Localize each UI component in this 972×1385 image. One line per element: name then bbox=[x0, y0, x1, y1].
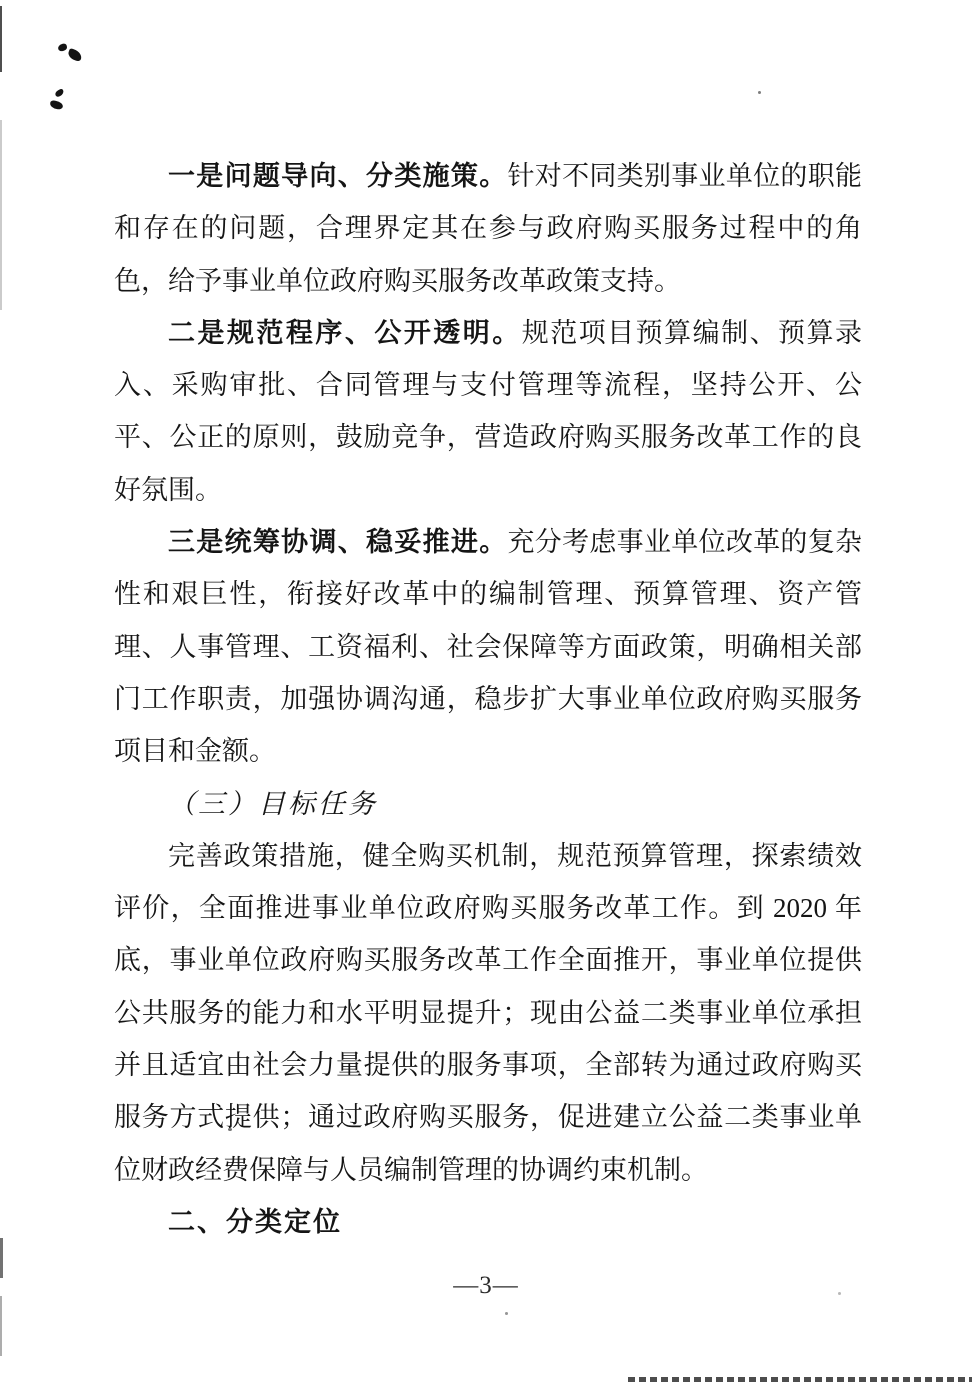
scanned-document-page: 一是问题导向、分类施策。针对不同类别事业单位的职能和存在的问题，合理界定其在参与… bbox=[0, 0, 972, 1385]
bold-lead-text: 一是问题导向、分类施策。 bbox=[168, 161, 508, 191]
paragraph-text: 完善政策措施，健全购买机制，规范预算管理，探索绩效评价，全面推进事业单位政府购买… bbox=[114, 841, 862, 1185]
paragraph: 一是问题导向、分类施策。针对不同类别事业单位的职能和存在的问题，合理界定其在参与… bbox=[114, 150, 862, 307]
section-heading: 二、分类定位 bbox=[114, 1196, 862, 1248]
paragraph: 完善政策措施，健全购买机制，规范预算管理，探索绩效评价，全面推进事业单位政府购买… bbox=[114, 830, 862, 1196]
scan-speck bbox=[57, 43, 68, 52]
bold-lead-text: 三是统筹协调、稳妥推进。 bbox=[168, 527, 508, 557]
scan-speck bbox=[49, 100, 63, 110]
scan-edge-artifact bbox=[0, 120, 2, 310]
paragraph-text: 充分考虑事业单位改革的复杂性和艰巨性，衔接好改革中的编制管理、预算管理、资产管理… bbox=[114, 527, 862, 766]
paragraph-text: 二、分类定位 bbox=[168, 1207, 342, 1237]
page-number: —3— bbox=[0, 1272, 972, 1300]
paragraph-text: （三）目标任务 bbox=[168, 789, 378, 819]
document-content: 一是问题导向、分类施策。针对不同类别事业单位的职能和存在的问题，合理界定其在参与… bbox=[114, 150, 862, 1248]
scanner-bottom-line-artifact bbox=[628, 1377, 972, 1382]
scan-speck bbox=[67, 48, 84, 62]
section-subheading: （三）目标任务 bbox=[114, 778, 862, 830]
paragraph: 二是规范程序、公开透明。规范项目预算编制、预算录入、采购审批、合同管理与支付管理… bbox=[114, 307, 862, 516]
paragraph: 三是统筹协调、稳妥推进。充分考虑事业单位改革的复杂性和艰巨性，衔接好改革中的编制… bbox=[114, 516, 862, 777]
scan-edge-artifact bbox=[0, 1296, 2, 1356]
scan-speck bbox=[54, 88, 65, 98]
scan-speck bbox=[505, 1312, 508, 1315]
scan-edge-artifact bbox=[0, 6, 2, 72]
scan-speck bbox=[758, 91, 761, 94]
bold-lead-text: 二是规范程序、公开透明。 bbox=[168, 318, 522, 348]
